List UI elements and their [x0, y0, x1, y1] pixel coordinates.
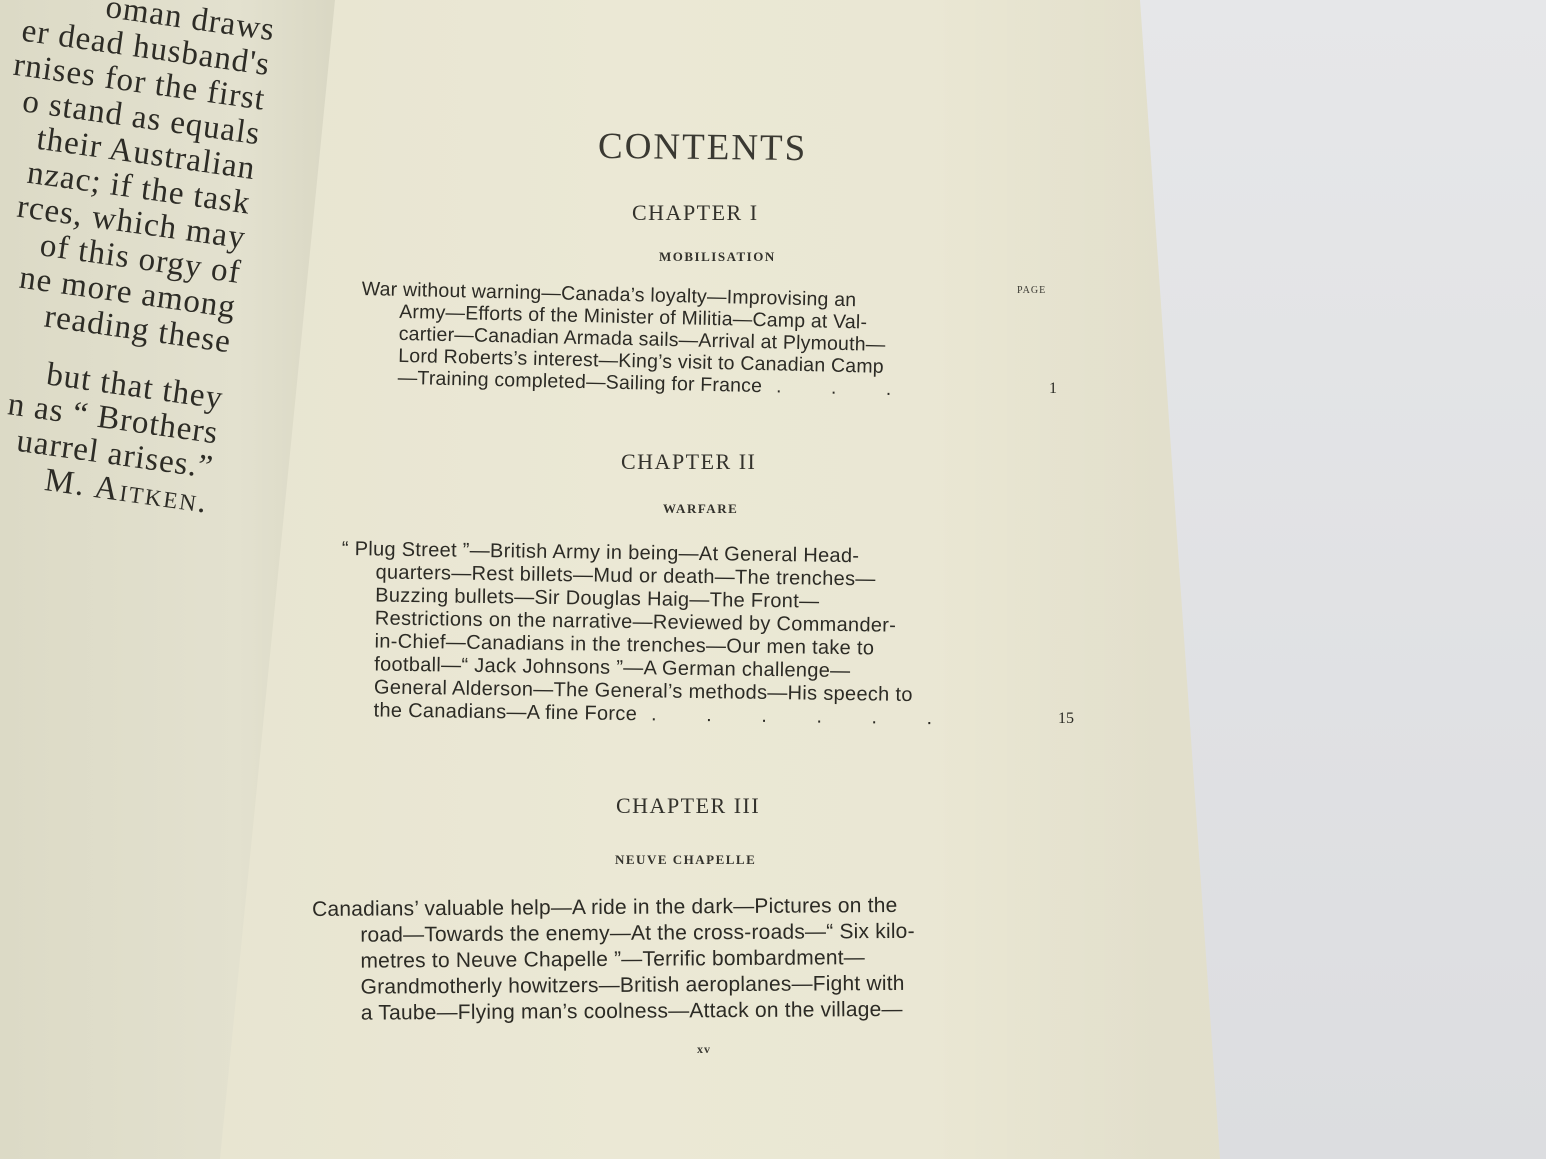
summary-line: a Taube—Flying man’s coolness—Attack on …	[313, 997, 916, 1027]
chapter-2-subtitle: WARFARE	[663, 501, 738, 517]
chapter-2-heading: CHAPTER II	[621, 449, 756, 475]
dot-leader: . . . . . .	[637, 703, 954, 729]
chapter-3-summary: Canadians’ valuable help—A ride in the d…	[312, 893, 915, 1027]
chapter-1-page-number: 1	[1049, 380, 1057, 398]
chapter-3-subtitle: NEUVE CHAPELLE	[615, 852, 756, 868]
chapter-2-page-number: 15	[1058, 710, 1074, 728]
chapter-3-heading: CHAPTER III	[616, 793, 760, 819]
summary-text: the Canadians—A fine Force	[373, 699, 637, 725]
chapter-1-subtitle: MOBILISATION	[659, 249, 776, 265]
page-folio: xv	[697, 1042, 711, 1057]
chapter-2-summary: “ Plug Street ”—British Army in being—At…	[339, 538, 956, 731]
chapter-1-heading: CHAPTER I	[632, 200, 759, 226]
page-column-label: PAGE	[1017, 285, 1046, 296]
page-title: CONTENTS	[598, 125, 808, 170]
contents-page: CONTENTS CHAPTER I MOBILISATION PAGE War…	[0, 0, 1546, 1159]
book-photo: oman draws er dead husband's rnises for …	[0, 0, 1546, 1159]
dot-leader: . . .	[762, 375, 914, 400]
chapter-1-summary: War without warning—Canada’s loyalty—Imp…	[360, 278, 916, 401]
